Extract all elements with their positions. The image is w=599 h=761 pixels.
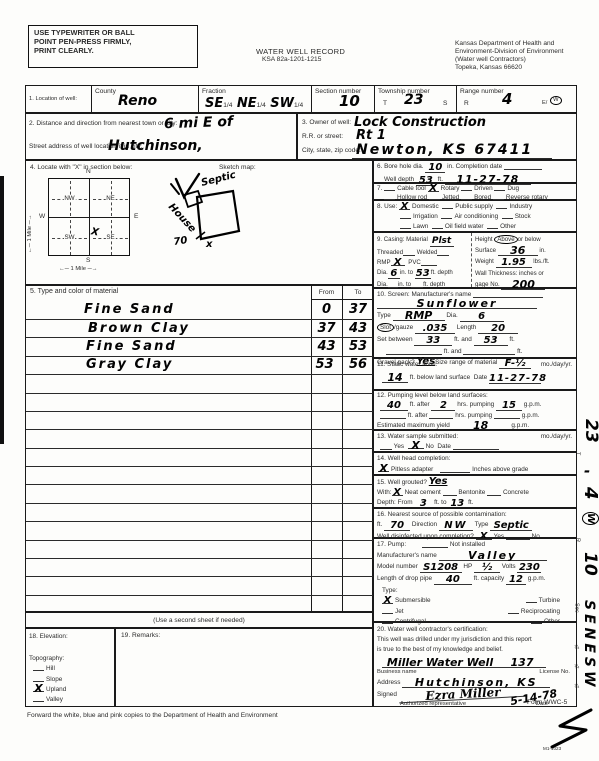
- weight-label: Weight: [475, 258, 494, 265]
- pumping-gpm-value: 15: [496, 401, 522, 411]
- location-of-well-label: 1. Location of well:: [29, 96, 77, 103]
- upland-label: Upland: [46, 686, 66, 693]
- ft-after2-label: ft. after: [408, 412, 428, 419]
- casing-left-column: 9. Casing: Material Plst Threaded Welded…: [377, 234, 470, 290]
- margin-sec-label: Sec: [573, 603, 580, 613]
- fraction-value: SE1/4 NE1/4 SW1/4: [205, 94, 303, 112]
- instruction-box: USE TYPEWRITER OR BALL POINT PEN-PRESS F…: [28, 25, 198, 68]
- static-date-value: 11-27-78: [489, 374, 541, 384]
- margin-r-label: R: [574, 538, 581, 542]
- direction-value: NW: [439, 521, 473, 531]
- mile-scale-vertical: 1 Mile: [27, 183, 34, 253]
- casing-material-label: 9. Casing: Material: [377, 236, 428, 243]
- in-to-label: in. to: [400, 269, 413, 276]
- well-depth-label: Well depth: [384, 176, 414, 183]
- fraction-q3: SW: [270, 96, 294, 111]
- surface-in-label: in.: [539, 247, 545, 254]
- scanned-form-page: USE TYPEWRITER OR BALL POINT PEN-PRESS F…: [0, 0, 599, 761]
- form-body: 1. Location of well: County Reno Fractio…: [25, 85, 577, 707]
- section-13-box: 13. Water sample submitted:mo./day/yr. Y…: [373, 430, 577, 452]
- contamination-type-value: Septic: [490, 521, 532, 531]
- remarks-label: 19. Remarks:: [121, 632, 160, 640]
- township-value: 23: [404, 92, 423, 108]
- ft-and-label: ft. and: [454, 336, 472, 343]
- sketch-septic-label: Septic: [200, 170, 237, 189]
- est-max-yield-label: Estimated maximum yield: [377, 422, 450, 429]
- certification-text-1: This well was drilled under my jurisdict…: [377, 636, 576, 644]
- east-label: E: [134, 213, 138, 221]
- ft2-label: ft.: [517, 348, 522, 355]
- ft-label: ft.: [509, 336, 514, 343]
- agency-line: Environment-Division of Environment: [455, 48, 563, 56]
- county-label: County: [95, 88, 116, 96]
- sketch-house-label: House: [166, 202, 198, 235]
- section-grid: NW NE SW SE X: [48, 178, 130, 256]
- domestic-checkmark: X: [399, 204, 410, 210]
- pumping-hrs-value: 2: [431, 401, 455, 411]
- oil-field-water-label: Oil field water: [445, 223, 484, 230]
- contamination-ft-label: ft.: [377, 521, 382, 528]
- county-value: Reno: [118, 93, 157, 109]
- submersible-checkmark: X: [382, 598, 393, 604]
- threaded-label: Threaded: [377, 249, 403, 256]
- quadrant-sw-label: SW: [64, 234, 76, 241]
- drop-pipe-value: 40: [434, 575, 472, 585]
- material-row-name: Fine Sand: [84, 302, 175, 317]
- sketch-map-drawing: Septic House 70 x: [166, 169, 281, 281]
- well-grouted-value: Yes: [429, 476, 448, 487]
- length-label: Length: [457, 324, 477, 331]
- bentonite-label: Bentonite: [458, 489, 485, 496]
- scan-squiggle-mark: [548, 706, 596, 752]
- stock-label: Stock: [515, 213, 531, 220]
- lawn-label: Lawn: [413, 223, 428, 230]
- section-16-box: 16. Nearest source of possible contamina…: [373, 508, 577, 538]
- certification-text-2: is true to the best of my knowledge and …: [377, 646, 576, 654]
- business-name-value: Miller Water Well: [382, 658, 498, 668]
- topo-valley-item: Valley: [33, 696, 114, 704]
- section-9-box: 9. Casing: Material Plst Threaded Welded…: [373, 232, 577, 288]
- ft-to-label: ft. to: [434, 499, 446, 506]
- fraction-q1: SE: [205, 96, 223, 111]
- domestic-label: Domestic: [412, 203, 439, 210]
- margin-range-dir-circled: W: [582, 512, 599, 525]
- or-below-label: or below: [518, 236, 541, 243]
- section-2-box: 2. Distance and direction from nearest t…: [25, 113, 297, 160]
- sketch-distance-label: 70: [173, 235, 188, 248]
- neat-cement-checkmark: X: [392, 490, 403, 496]
- material-row-from: 53: [309, 357, 340, 372]
- rr-street-label: R.R. or street:: [302, 133, 343, 141]
- public-supply-label: Public supply: [455, 203, 493, 210]
- oil-field-water-checkmark: [432, 228, 443, 229]
- other-use-label: Other: [500, 223, 516, 230]
- pumping-level-label: 12. Pumping level below land surfaces:: [377, 392, 576, 400]
- section-1-box: 1. Location of well: County Reno Fractio…: [25, 85, 577, 113]
- instruction-line: PRINT CLEARLY.: [34, 47, 192, 56]
- ft-and2-label: ft. and: [444, 348, 462, 355]
- topo-upland-item: XUpland: [33, 686, 114, 694]
- weight-value: 1.95: [496, 258, 532, 268]
- pump-type-label: Type:: [382, 587, 576, 595]
- sample-yes-label: Yes: [394, 443, 404, 450]
- well-grouted-label: 15. Well grouted?: [377, 479, 427, 486]
- distance-direction-label: 2. Distance and direction from nearest t…: [29, 120, 177, 128]
- gauze-label: /gauze: [394, 324, 413, 331]
- screen-mfr-value: Sunflower: [377, 299, 537, 309]
- screen-label: 10. Screen:: [377, 291, 410, 298]
- air-conditioning-label: Air conditioning: [454, 213, 498, 220]
- set-between-1: 33: [414, 336, 452, 346]
- slot-value: .035: [415, 324, 455, 334]
- section-7-box: 7. Cable tool XRotary Driven Dug Hollow …: [373, 183, 577, 200]
- locate-x-label: 4. Locate with "X" in section below:: [30, 164, 132, 172]
- driven-checkmark: [461, 190, 472, 191]
- license-no-label: License No.: [539, 668, 570, 676]
- margin-range-value: 4: [580, 487, 599, 500]
- material-row-to: 37: [342, 302, 374, 317]
- casing-dia-value: 6: [388, 269, 400, 279]
- section-18-box: 18. Elevation: Topography: Hill Slope XU…: [25, 628, 115, 707]
- lbs-ft-label: lbs./ft.: [533, 258, 549, 265]
- concrete-label: Concrete: [503, 489, 529, 496]
- pump-type-submersible: XSubmersible: [382, 597, 431, 605]
- section-20-box: 20. Water well contractor's certificatio…: [373, 622, 577, 707]
- scan-artifact-left: [0, 176, 4, 444]
- model-number-value: S1208: [420, 563, 462, 573]
- length-value: 20: [478, 324, 518, 334]
- quarter-mark: 1/4: [294, 102, 303, 109]
- address-label: Address: [377, 679, 400, 686]
- surface-value: 36: [498, 246, 538, 256]
- topo-slope-item: Slope: [33, 676, 114, 684]
- north-label: N: [86, 168, 91, 176]
- pump-type-turbine: Turbine: [526, 597, 560, 605]
- inches-above-grade-label: Inches above grade: [472, 466, 528, 473]
- model-number-label: Model number: [377, 563, 418, 570]
- contamination-label: 16. Nearest source of possible contamina…: [377, 511, 576, 519]
- slope-label: Slope: [46, 676, 62, 683]
- static-level-value: 14: [382, 373, 408, 383]
- gpm2-label: g.p.m.: [522, 412, 540, 419]
- neat-cement-label: Neat cement: [405, 489, 441, 496]
- material-row-from: 37: [311, 321, 342, 336]
- irrigation-checkmark: [400, 218, 411, 219]
- margin-quarters-label: ¼ ¼ ¼: [573, 645, 580, 696]
- irrigation-label: Irrigation: [413, 213, 438, 220]
- casing-right-column: Height Aboveor below Surface 36 in. Weig…: [475, 234, 576, 290]
- section-10-box: 10. Screen: Manufacturer's name Sunflowe…: [373, 288, 577, 358]
- form-statute: KSA 82a-1201-1215: [262, 56, 321, 64]
- street-address-value: Hutchinson,: [108, 138, 203, 154]
- dug-label: Dug: [507, 185, 519, 192]
- stock-checkmark: [502, 218, 513, 219]
- material-row-name: Gray Clay: [86, 357, 173, 372]
- screen-dia-label: Dia.: [446, 312, 457, 319]
- ft-label: ft.: [438, 176, 443, 183]
- agency-line: (Water well Contractors): [455, 56, 563, 64]
- ft-depth-label: ft. depth: [431, 269, 453, 276]
- second-sheet-strip: (Use a second sheet if needed): [25, 612, 373, 628]
- distance-direction-value: 6 mi E of: [164, 114, 234, 132]
- below-land-label: ft. below land surface: [410, 374, 470, 381]
- dug-checkmark: [494, 190, 505, 191]
- material-row-name: Fine Sand: [86, 339, 177, 354]
- second-sheet-note: (Use a second sheet if needed): [26, 617, 372, 625]
- set-between-label: Set between: [377, 336, 413, 343]
- agency-line: Kansas Department of Health and: [455, 40, 563, 48]
- hrs-pumping-label: hrs. pumping: [457, 401, 494, 408]
- section-4-box: 4. Locate with "X" in section below: Ske…: [25, 160, 373, 285]
- margin-section-value: 10: [580, 552, 599, 576]
- air-conditioning-checkmark: [441, 218, 452, 219]
- fraction-q2: NE: [237, 96, 257, 111]
- section-8-box: 8. Use: XDomestic Public supply Industry…: [373, 200, 577, 232]
- quarter-mark: 1/4: [257, 102, 266, 109]
- submersible-label: Submersible: [395, 597, 431, 604]
- valley-checkmark: [33, 701, 44, 702]
- other-use-checkmark: [487, 228, 498, 229]
- cable-tool-label: Cable tool: [397, 185, 426, 192]
- casing-depth-value: 53: [415, 269, 431, 279]
- margin-dash: -: [584, 462, 590, 480]
- public-supply-checkmark: [442, 208, 453, 209]
- quarter-mark: 1/4: [223, 102, 232, 109]
- pump-gpm-label: g.p.m.: [528, 575, 546, 582]
- pitless-label: Pitless adapter: [391, 466, 433, 473]
- rmp-label: RMP: [377, 259, 391, 266]
- material-row-to: 56: [342, 357, 374, 372]
- hill-checkmark: [33, 670, 44, 671]
- slot-circled: Slot: [377, 323, 394, 332]
- section-15-box: 15. Well grouted? Yes With:XNeat cement …: [373, 475, 577, 508]
- certification-label: 20. Water well contractor's certificatio…: [377, 626, 576, 634]
- forward-copies-note: Forward the white, blue and pink copies …: [27, 712, 278, 720]
- pump-type-jet: Jet: [382, 608, 404, 616]
- surface-label: Surface: [475, 247, 496, 254]
- ft-capacity-label: ft. capacity: [474, 575, 505, 582]
- direction-label: Direction: [412, 521, 437, 528]
- wall-thickness-label: Wall Thickness: inches or: [475, 270, 544, 277]
- material-row-to: 43: [342, 321, 374, 336]
- jet-label: Jet: [395, 608, 404, 615]
- turbine-label: Turbine: [539, 597, 560, 604]
- hill-label: Hill: [46, 665, 55, 672]
- quadrant-nw-label: NW: [63, 195, 75, 202]
- above-circled: Above: [494, 235, 517, 244]
- screen-dia-value: 6: [460, 312, 504, 322]
- license-no-value: 137: [498, 658, 546, 668]
- topography-label: Topography:: [29, 655, 114, 663]
- material-row-to: 53: [342, 339, 374, 354]
- industry-label: Industry: [509, 203, 532, 210]
- section-x-mark: X: [90, 226, 100, 238]
- section-7-number: 7.: [377, 185, 382, 192]
- section-12-box: 12. Pumping level below land surfaces: 4…: [373, 390, 577, 430]
- ft-after-label: ft. after: [410, 401, 430, 408]
- in-label: in.: [447, 163, 454, 170]
- pump-type-reciprocating: Reciprocating: [508, 608, 560, 616]
- bore-hole-dia-label: 6. Bore hole dia.: [377, 163, 424, 170]
- volts-label: Volts: [502, 563, 516, 570]
- screen-type-value: RMP: [393, 311, 445, 321]
- pumping-depth-value: 40: [380, 401, 408, 411]
- use-label: 8. Use:: [377, 203, 397, 210]
- hp-value: ½: [474, 563, 500, 573]
- city-state-zip-value: Newton, KS 67411: [356, 142, 533, 158]
- jet-checkmark: [382, 613, 393, 614]
- volts-value: 230: [517, 563, 541, 573]
- sketch-x-mark: x: [205, 239, 213, 250]
- gpm3-label: g.p.m.: [511, 422, 529, 429]
- section-17-box: 17. Pump: Not installed Manufacturer's n…: [373, 538, 577, 622]
- with-label: With:: [377, 489, 392, 496]
- reciprocating-checkmark: [508, 613, 519, 614]
- well-head-label: 14. Well head completion:: [377, 455, 576, 463]
- margin-township-value: 23: [581, 419, 599, 443]
- material-row-from: 0: [311, 302, 342, 317]
- pump-mfr-value: Valley: [439, 551, 547, 561]
- reciprocating-label: Reciprocating: [521, 608, 560, 615]
- industry-checkmark: [496, 208, 507, 209]
- rotary-checkmark: X: [428, 186, 439, 192]
- rr-street-value: Rt 1: [356, 128, 386, 143]
- casing-material-value: Plst: [430, 237, 454, 247]
- agency-block: Kansas Department of Health and Environm…: [455, 40, 563, 72]
- range-number-label: Range number: [460, 88, 504, 96]
- driven-label: Driven: [474, 185, 492, 192]
- section-number-value: 10: [339, 92, 360, 110]
- gpm-label: g.p.m.: [524, 401, 542, 408]
- range-e-label: E/: [542, 100, 547, 107]
- pump-mfr-label: Manufacturer's name: [377, 552, 437, 559]
- margin-quarters-value: SENESW: [581, 600, 597, 690]
- contamination-ft-value: 70: [384, 521, 410, 531]
- mile-scale-horizontal: 1 Mile: [59, 266, 98, 273]
- range-r-label: R: [464, 100, 469, 108]
- section-19-box: 19. Remarks:: [115, 628, 373, 707]
- business-name-label: Business name: [377, 668, 417, 676]
- sample-date-label: Date: [437, 443, 451, 450]
- range-value: 4: [502, 90, 512, 108]
- section-14-box: 14. Well head completion: XPitless adapt…: [373, 452, 577, 475]
- contamination-type-label: Type: [475, 521, 489, 528]
- section-11-box: 11. Static water level:mo./day/yr. 14 ft…: [373, 358, 577, 390]
- sample-no-label: No: [426, 443, 434, 450]
- dia-label: Dia.: [377, 269, 388, 276]
- mdy2-label: mo./day/yr.: [541, 433, 572, 441]
- south-label: S: [86, 257, 90, 265]
- upland-checkmark: X: [33, 686, 44, 692]
- township-t-label: T: [383, 100, 387, 108]
- margin-t-label: T: [574, 452, 581, 455]
- west-label: W: [39, 213, 45, 221]
- sample-no-checkmark: X: [408, 443, 424, 449]
- height-label: Height: [475, 236, 493, 243]
- quadrant-ne-label: NE: [105, 195, 116, 202]
- form-title: WATER WELL RECORD: [256, 47, 345, 56]
- rmp-checkmark: X: [391, 260, 405, 266]
- pvc-label: PVC: [408, 259, 421, 266]
- pump-label: 17. Pump:: [377, 541, 406, 548]
- lawn-checkmark: [400, 228, 411, 229]
- set-between-2: 53: [474, 336, 508, 346]
- township-s-label: S: [443, 100, 447, 108]
- pitless-checkmark: X: [378, 466, 389, 472]
- elevation-label: 18. Elevation:: [29, 633, 114, 641]
- city-state-zip-label: City, state, zip code:: [302, 147, 361, 155]
- grout-ft-label: ft.: [468, 499, 473, 506]
- material-row-name: Brown Clay: [88, 321, 190, 336]
- static-water-label: 11. Static water level:: [377, 361, 437, 369]
- section-5-box: 5. Type and color of material From To Fi…: [25, 285, 373, 612]
- hp-label: HP: [463, 563, 472, 570]
- section-3-box: 3. Owner of well: Lock Construction R.R.…: [297, 113, 577, 160]
- turbine-checkmark: [526, 602, 537, 603]
- valley-label: Valley: [46, 696, 63, 703]
- grout-depth-label: Depth: From: [377, 499, 413, 506]
- hrs-pumping2-label: hrs. pumping: [455, 412, 492, 419]
- cable-tool-checkmark: [384, 190, 395, 191]
- not-installed-label: Not installed: [450, 541, 485, 548]
- quadrant-se-label: SE: [105, 234, 115, 241]
- completion-date-label: Completion date: [456, 163, 503, 170]
- bore-hole-dia-value: 10: [425, 163, 445, 173]
- screen-type-label: Type: [377, 312, 391, 319]
- drop-pipe-label: Length of drop pipe: [377, 575, 432, 582]
- material-row-from: 43: [311, 339, 342, 354]
- capacity-value: 12: [506, 575, 526, 585]
- topo-hill-item: Hill: [33, 665, 114, 673]
- section-6-box: 6. Bore hole dia. 10 in. Completion date…: [373, 160, 577, 183]
- mdy-label: mo./day/yr.: [541, 361, 572, 369]
- range-w-circled: W: [550, 96, 562, 105]
- static-date-label: Date: [474, 374, 488, 381]
- welded-label: Welded: [417, 249, 438, 256]
- rotary-label: Rotary: [441, 185, 460, 192]
- agency-line: Topeka, Kansas 66620: [455, 64, 563, 72]
- owner-label: 3. Owner of well:: [302, 119, 351, 127]
- signed-label: Signed: [377, 691, 397, 698]
